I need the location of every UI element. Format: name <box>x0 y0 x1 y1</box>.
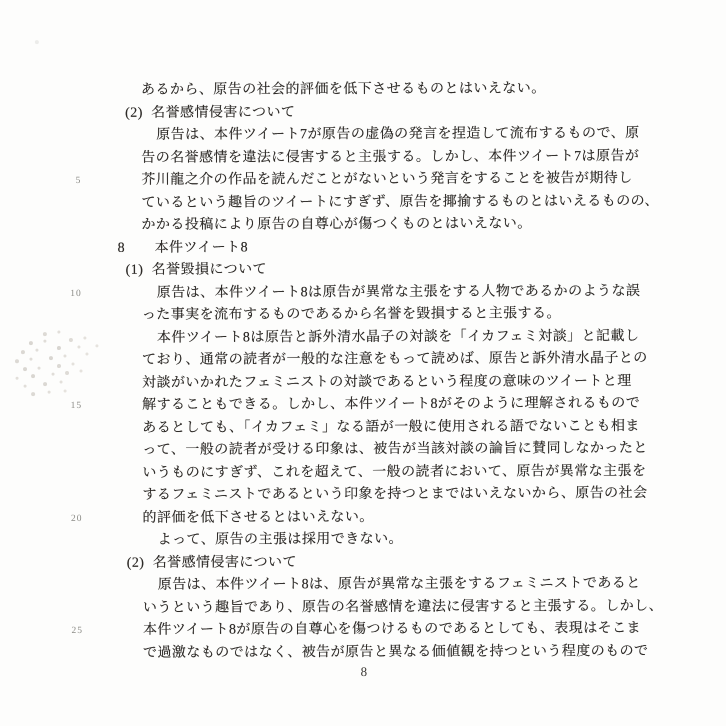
line-text: で過激なものではなく、被告が原告と異なる価値観を持つという程度のもので <box>143 644 649 661</box>
text-line: よって、原告の主張は採用できない。 <box>119 528 685 552</box>
paper-sheet: 510152025 あるから、原告の社会的評価を低下させるものとはいえない。(2… <box>0 0 726 726</box>
page-number: 8 <box>1 663 726 682</box>
line-text: 的評価を低下させるとはいえない。 <box>143 509 374 525</box>
text-line: って、一般の読者が受ける印象は、被告が当該対談の論旨に賛同しなかったと <box>118 438 684 462</box>
margin-line-numbers: 510152025 <box>0 1 101 726</box>
text-line: ているという趣旨のツイートにすぎず、原告を揶揄するものとはいえるものの、 <box>117 190 683 214</box>
line-text: 本件ツイート8 <box>155 240 249 255</box>
line-text: 本件ツイート8が原告の自尊心を傷つけるものであるとしても、表現はそこま <box>143 621 641 638</box>
text-line: 原告は、本件ツイート8は、原告が異常な主張をするフェミニストであると <box>119 573 685 597</box>
text-line: 8本件ツイート8 <box>118 235 684 259</box>
text-line: 告の名誉感情を違法に侵害すると主張する。しかし、本件ツイート7は原告が <box>117 145 683 169</box>
text-line: (1)名誉毀損について <box>118 258 684 282</box>
margin-line-number: 15 <box>52 395 82 418</box>
text-line: かかる投稿により原告の自尊心が傷つくものとはいえない。 <box>117 213 683 237</box>
text-line: 本件ツイート8は原告と訴外清水晶子の対談を「イカフェミ対談」と記載し <box>118 325 684 349</box>
text-line: 解することもできる。しかし、本件ツイート8がそのように理解されるもので <box>118 393 684 417</box>
text-line: で過激なものではなく、被告が原告と異なる価値観を持つという程度のもので <box>119 640 685 664</box>
margin-line-number: 25 <box>53 620 83 643</box>
text-line: 原告は、本件ツイート7が原告の虚偽の発言を捏造して流布するもので、原 <box>117 123 683 147</box>
line-text: 原告は、本件ツイート7が原告の虚偽の発言を捏造して流布するもので、原 <box>156 126 639 143</box>
line-text: 名誉感情侵害について <box>151 105 295 121</box>
line-text: 解することもできる。しかし、本件ツイート8がそのように理解されるもので <box>142 396 640 413</box>
line-marker: (1) <box>126 260 152 283</box>
line-text: いうという趣旨であり、原告の名誉感情を違法に侵害すると主張する。しかし、 <box>143 598 663 615</box>
scanned-court-document-page: 510152025 あるから、原告の社会的評価を低下させるものとはいえない。(2… <box>0 0 726 726</box>
margin-line-number: 5 <box>51 170 81 193</box>
line-text: 名誉感情侵害について <box>153 555 297 571</box>
line-marker: (2) <box>127 552 153 575</box>
line-text: 原告は、本件ツイート8は、原告が異常な主張をするフェミニストであると <box>158 576 641 593</box>
line-text: 芥川龍之介の作品を読んだことがないという発言をすることを被告が期待し <box>141 171 632 188</box>
text-line: 原告は、本件ツイート8は原告が異常な主張をする人物であるかのような誤 <box>118 280 684 304</box>
line-text: った事実を流布するものであるから名誉を毀損すると主張する。 <box>142 306 561 322</box>
text-line: いうという趣旨であり、原告の名誉感情を違法に侵害すると主張する。しかし、 <box>119 595 685 619</box>
text-line: った事実を流布するものであるから名誉を毀損すると主張する。 <box>118 303 684 327</box>
text-line: (2)名誉感情侵害について <box>119 550 685 574</box>
line-marker: 8 <box>118 237 155 260</box>
line-text: ているという趣旨のツイートにすぎず、原告を揶揄するものとはいえるものの、 <box>141 193 659 210</box>
margin-line-number: 10 <box>52 282 82 305</box>
document-body: あるから、原告の社会的評価を低下させるものとはいえない。(2)名誉感情侵害につい… <box>117 78 685 665</box>
margin-line-number: 20 <box>53 507 83 530</box>
line-text: あるから、原告の社会的評価を低下させるものとはいえない。 <box>141 81 546 97</box>
text-line: ており、通常の読者が一般的な注意をもって読めば、原告と訴外清水晶子との <box>118 348 684 372</box>
line-text: あるとしても、「イカフェミ」なる語が一般に使用される語でないことも相ま <box>142 419 640 436</box>
text-line: あるとしても、「イカフェミ」なる語が一般に使用される語でないことも相ま <box>118 415 684 439</box>
text-line: 芥川龍之介の作品を読んだことがないという発言をすることを被告が期待し <box>117 168 683 192</box>
text-line: いうものにすぎず、これを超えて、一般の読者において、原告が異常な主張を <box>118 460 684 484</box>
text-line: 対談がいかれたフェミニストの対談であるという程度の意味のツイートと理 <box>118 370 684 394</box>
line-text: 名誉毀損について <box>152 262 267 277</box>
text-line: (2)名誉感情侵害について <box>117 100 683 124</box>
text-line: 本件ツイート8が原告の自尊心を傷つけるものであるとしても、表現はそこま <box>119 618 685 642</box>
text-line: するフェミニストであるという印象を持つとまではいえないから、原告の社会 <box>118 483 684 507</box>
line-text: 告の名誉感情を違法に侵害すると主張する。しかし、本件ツイート7は原告が <box>141 149 639 166</box>
line-text: ており、通常の読者が一般的な注意をもって読めば、原告と訴外清水晶子との <box>142 351 648 368</box>
line-text: 本件ツイート8は原告と訴外清水晶子の対談を「イカフェミ対談」と記載し <box>157 329 640 346</box>
text-line: 的評価を低下させるとはいえない。 <box>119 505 685 529</box>
line-text: いうものにすぎず、これを超えて、一般の読者において、原告が異常な主張を <box>142 464 646 481</box>
line-text: かかる投稿により原告の自尊心が傷つくものとはいえない。 <box>141 216 531 232</box>
line-marker: (2) <box>125 102 151 125</box>
line-text: よって、原告の主張は採用できない。 <box>158 532 403 548</box>
line-text: って、一般の読者が受ける印象は、被告が当該対談の論旨に賛同しなかったと <box>142 441 648 458</box>
text-line: あるから、原告の社会的評価を低下させるものとはいえない。 <box>117 78 683 102</box>
line-text: するフェミニストであるという印象を持つとまではいえないから、原告の社会 <box>142 486 647 503</box>
line-text: 対談がいかれたフェミニストの対談であるという程度の意味のツイートと理 <box>142 374 632 391</box>
line-text: 原告は、本件ツイート8は原告が異常な主張をする人物であるかのような誤 <box>157 284 641 301</box>
